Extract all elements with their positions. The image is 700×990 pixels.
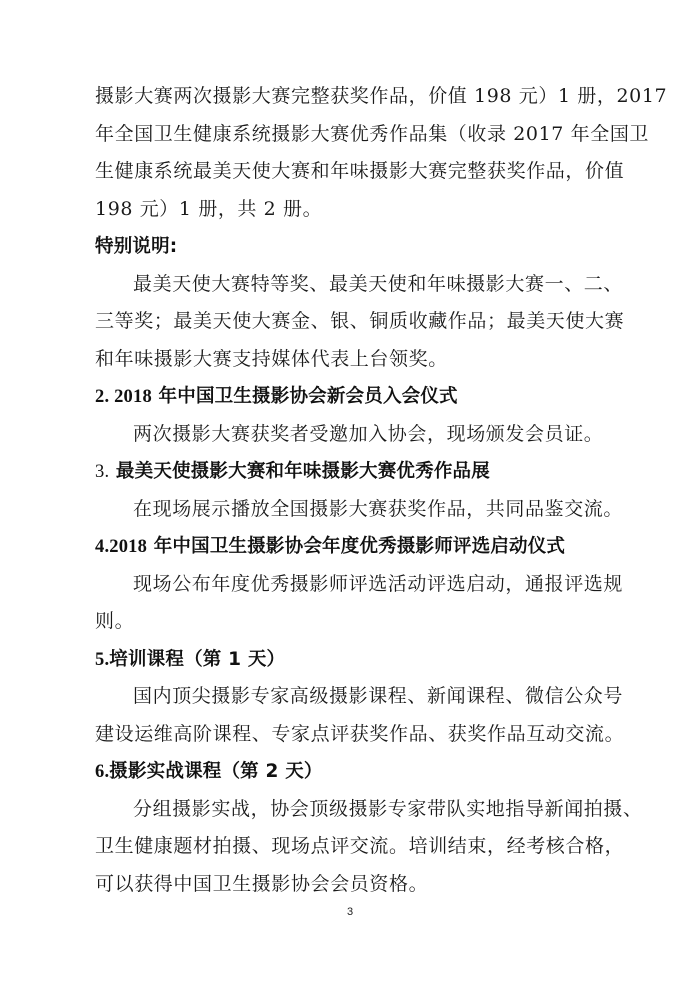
body-line: 在现场展示播放全国摄影大赛获奖作品，共同品鉴交流。 xyxy=(95,491,609,529)
section-title: 摄影实战课程（第 2 天） xyxy=(109,761,322,782)
body-line: 可以获得中国卫生摄影协会会员资格。 xyxy=(95,866,609,904)
special-note-heading: 特别说明: xyxy=(95,228,609,266)
section-number: 3. xyxy=(95,462,109,482)
section-heading-6: 6.摄影实战课程（第 2 天） xyxy=(95,753,609,791)
section-number: 2. 2018 xyxy=(95,387,152,407)
section-number: 5. xyxy=(95,650,109,670)
body-line: 两次摄影大赛获奖者受邀加入协会，现场颁发会员证。 xyxy=(95,416,609,454)
section-number: 6. xyxy=(95,762,109,782)
body-line: 最美天使大赛特等奖、最美天使和年味摄影大赛一、二、 xyxy=(95,266,609,304)
section-title: 年中国卫生摄影协会新会员入会仪式 xyxy=(152,386,458,407)
body-line: 生健康系统最美天使大赛和年味摄影大赛完整获奖作品，价值 xyxy=(95,153,609,191)
section-title: 培训课程（第 1 天） xyxy=(109,649,285,670)
body-line: 建设运维高阶课程、专家点评获奖作品、获奖作品互动交流。 xyxy=(95,716,609,754)
body-line: 摄影大赛两次摄影大赛完整获奖作品，价值 198 元）1 册，2017 xyxy=(95,78,609,116)
document-page: 摄影大赛两次摄影大赛完整获奖作品，价值 198 元）1 册，2017 年全国卫生… xyxy=(95,78,609,903)
section-title: 最美天使摄影大赛和年味摄影大赛优秀作品展 xyxy=(109,461,490,482)
body-line: 国内顶尖摄影专家高级摄影课程、新闻课程、微信公众号 xyxy=(95,678,609,716)
section-title: 年中国卫生摄影协会年度优秀摄影师评选启动仪式 xyxy=(147,536,565,557)
body-line: 年全国卫生健康系统摄影大赛优秀作品集（收录 2017 年全国卫 xyxy=(95,116,609,154)
body-line: 和年味摄影大赛支持媒体代表上台领奖。 xyxy=(95,341,609,379)
body-line: 现场公布年度优秀摄影师评选活动评选启动，通报评选规 xyxy=(95,566,609,604)
section-heading-2: 2. 2018 年中国卫生摄影协会新会员入会仪式 xyxy=(95,378,609,416)
body-line: 卫生健康题材拍摄、现场点评交流。培训结束，经考核合格， xyxy=(95,828,609,866)
body-line: 三等奖；最美天使大赛金、银、铜质收藏作品；最美天使大赛 xyxy=(95,303,609,341)
body-line: 分组摄影实战，协会顶级摄影专家带队实地指导新闻拍摄、 xyxy=(95,791,609,829)
page-number: 3 xyxy=(0,906,700,918)
section-number: 4.2018 xyxy=(95,537,147,557)
body-line: 198 元）1 册，共 2 册。 xyxy=(95,191,609,229)
section-heading-5: 5.培训课程（第 1 天） xyxy=(95,641,609,679)
body-line: 则。 xyxy=(95,603,609,641)
section-heading-3: 3. 最美天使摄影大赛和年味摄影大赛优秀作品展 xyxy=(95,453,609,491)
section-heading-4: 4.2018 年中国卫生摄影协会年度优秀摄影师评选启动仪式 xyxy=(95,528,609,566)
